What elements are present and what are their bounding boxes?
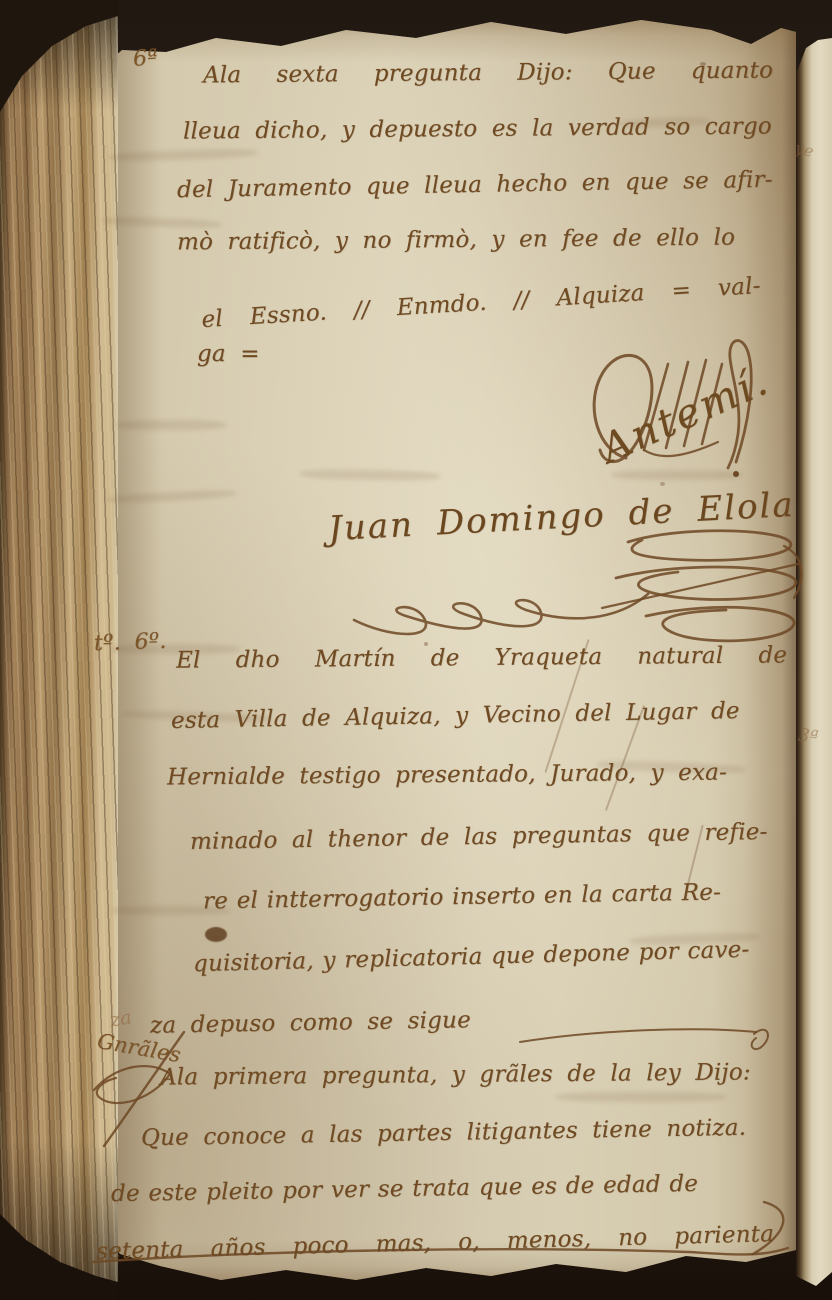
signature-rubric-flourish (598, 512, 808, 662)
margin-witness-number: tº. 6º. (94, 629, 167, 657)
manuscript-line: Ala sexta pregunta Dijo: Que quanto (203, 58, 773, 89)
adjacent-page-mark: 3ª (797, 725, 820, 749)
manuscript-line: mò ratificò, y no firmò, y en fee de ell… (177, 225, 735, 256)
showthrough-mark (116, 420, 226, 430)
end-of-line-stroke (516, 1018, 786, 1058)
speck-stain (660, 482, 665, 486)
manuscript-line: ga = (197, 341, 260, 367)
margin-question-number: 6ª (132, 45, 159, 72)
manuscript-line: lleua dicho, y depuesto es la verdad so … (183, 113, 772, 144)
manuscript-line: El dho Martín de Yraqueta natural de (176, 642, 787, 673)
bottom-underline-flourish (88, 1238, 798, 1284)
manuscript-line: Ala primera pregunta, y grãles de la ley… (160, 1059, 751, 1090)
manuscript-line: Hernialde testigo presentado, Jurado, y … (167, 760, 727, 791)
ink-blot-stain (205, 927, 227, 942)
manuscript-photo: 6ª Ala sexta pregunta Dijo: Que quanto l… (0, 0, 832, 1300)
showthrough-mark (556, 1092, 726, 1102)
